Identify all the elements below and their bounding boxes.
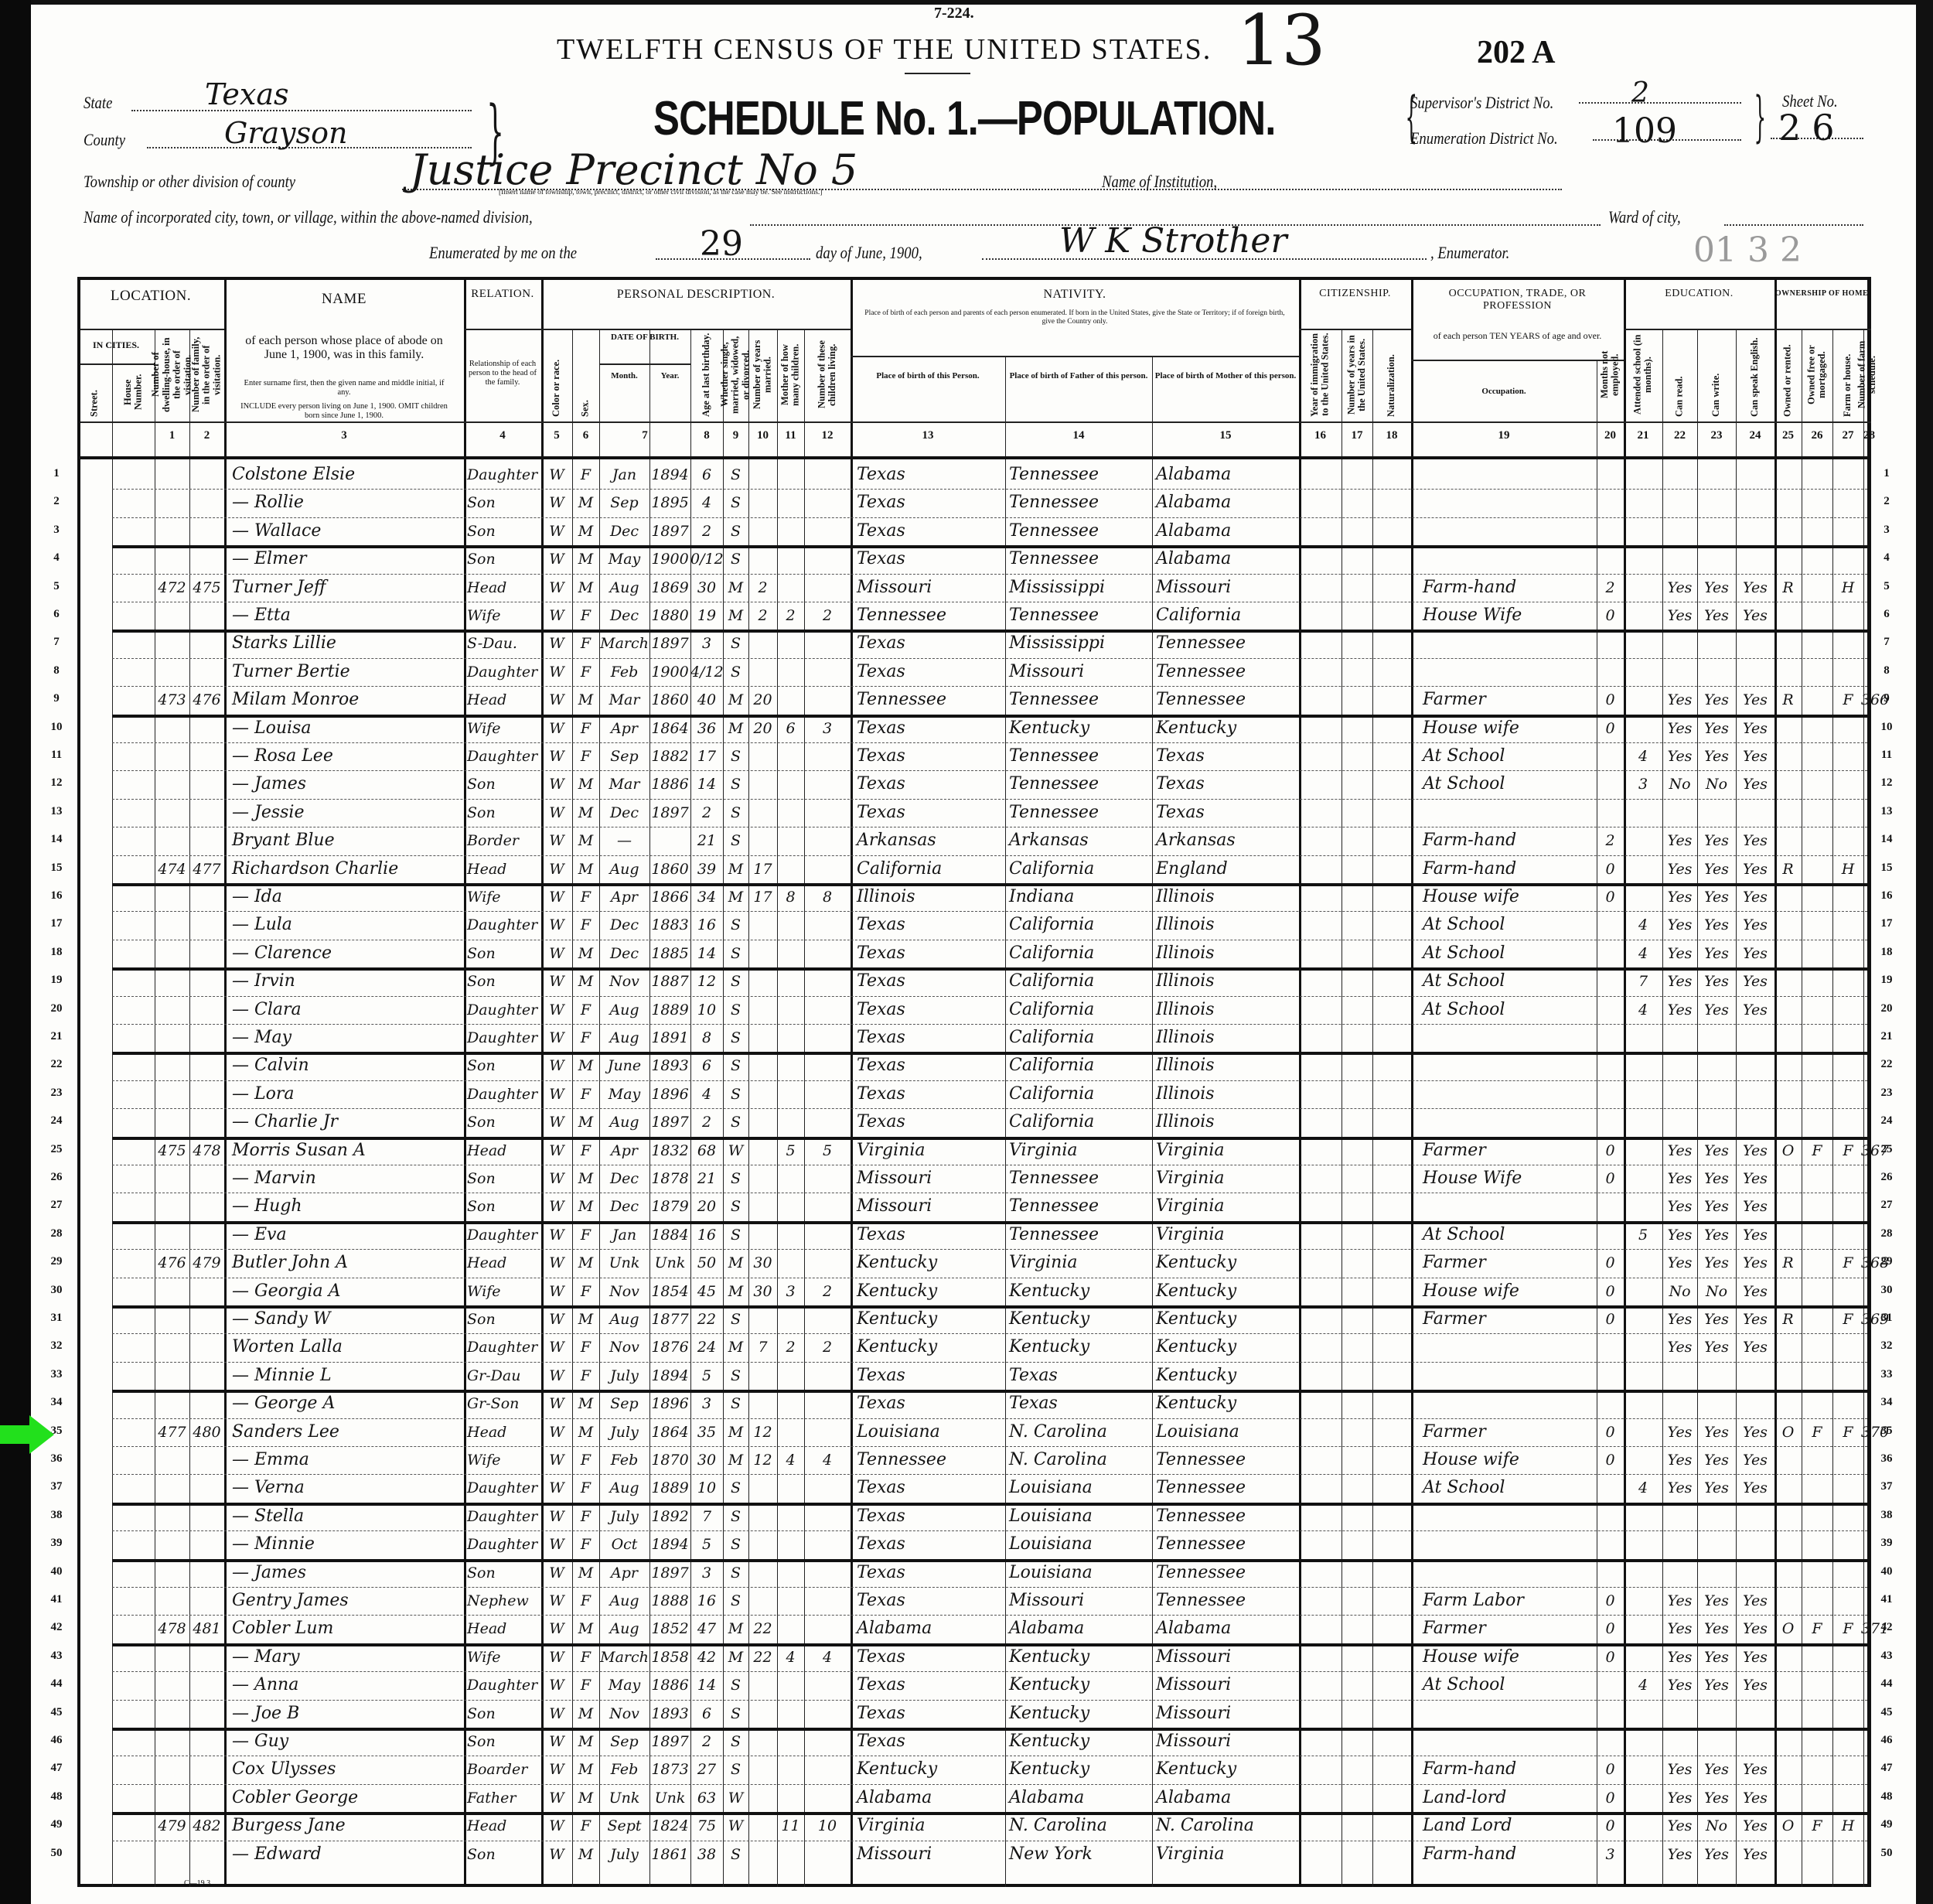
- row-number-left: 31: [45, 1312, 68, 1325]
- color-race: W: [541, 1390, 572, 1418]
- occupation: Farmer: [1423, 1615, 1597, 1643]
- form-number: 7-224.: [934, 5, 974, 22]
- can-read: Yes: [1662, 855, 1697, 883]
- row-number-left: 34: [45, 1396, 68, 1409]
- months-in-school: [1624, 1559, 1662, 1587]
- relation: Daughter: [467, 1474, 541, 1502]
- children-living: [804, 996, 851, 1024]
- farm-or-house: H: [1832, 855, 1863, 883]
- months-not-employed: [1597, 517, 1624, 545]
- years-married: [748, 1587, 777, 1615]
- birth-month: Dec: [599, 602, 649, 630]
- months-in-school: [1624, 1812, 1662, 1840]
- header-bottom-rule: [80, 456, 1871, 459]
- children-born: [777, 1108, 804, 1136]
- months-not-employed: 0: [1597, 686, 1624, 714]
- person-name: — Charlie Jr: [232, 1108, 464, 1136]
- farm-or-house: [1832, 1390, 1863, 1418]
- months-not-employed: [1597, 630, 1624, 657]
- column-label: Year of immigration to the United States…: [1301, 333, 1340, 417]
- years-married: [748, 1503, 777, 1530]
- children-born: 5: [777, 1137, 804, 1165]
- can-write: Yes: [1697, 1756, 1736, 1783]
- owned-or-rented: O: [1774, 1615, 1802, 1643]
- row-number-left: 49: [45, 1818, 68, 1831]
- farm-schedule-number: 369: [1860, 1305, 1890, 1333]
- row-number-left: 7: [45, 636, 68, 649]
- birthplace-mother: England: [1156, 855, 1299, 883]
- months-in-school: [1624, 1137, 1662, 1165]
- birth-month: Aug: [599, 855, 649, 883]
- birthplace-person: Kentucky: [857, 1305, 1005, 1333]
- birthplace-person: Arkansas: [857, 827, 1005, 855]
- can-write: Yes: [1697, 1643, 1736, 1671]
- row-number-left: 4: [45, 551, 68, 565]
- marital-status: S: [723, 940, 748, 967]
- person-name: — Elmer: [232, 545, 464, 573]
- column-label: Number of these children living.: [806, 333, 849, 417]
- can-write: [1697, 1052, 1736, 1080]
- marital-status: S: [723, 1052, 748, 1080]
- sex: F: [572, 1278, 599, 1305]
- sex: F: [572, 1446, 599, 1474]
- birth-year: 1887: [649, 967, 690, 995]
- person-name: Colstone Elsie: [232, 461, 464, 489]
- children-born: [777, 996, 804, 1024]
- birthplace-father: N. Carolina: [1009, 1812, 1152, 1840]
- birthplace-father: Tennessee: [1009, 742, 1152, 770]
- sex: F: [572, 602, 599, 630]
- dwelling-number: 476: [155, 1249, 189, 1277]
- birthplace-father: Kentucky: [1009, 1700, 1152, 1728]
- can-read: [1662, 1530, 1697, 1558]
- marital-status: M: [723, 715, 748, 742]
- owned-or-rented: O: [1774, 1137, 1802, 1165]
- row-number-left: 20: [45, 1002, 68, 1015]
- birthplace-father: Tennessee: [1009, 489, 1152, 517]
- can-write: [1697, 1362, 1736, 1390]
- birthplace-person: Kentucky: [857, 1278, 1005, 1305]
- years-married: [748, 1841, 777, 1868]
- children-born: [777, 1474, 804, 1502]
- age: 30: [690, 1446, 723, 1474]
- marital-status: S: [723, 1530, 748, 1558]
- birthplace-person: Texas: [857, 1530, 1005, 1558]
- can-read: Yes: [1662, 742, 1697, 770]
- birth-month: —: [599, 827, 649, 855]
- birth-year: 1896: [649, 1390, 690, 1418]
- relation: Son: [467, 1305, 541, 1333]
- children-born: [777, 630, 804, 657]
- birth-year: 1886: [649, 770, 690, 798]
- relation-heading: RELATION.: [464, 288, 541, 301]
- can-speak-english: [1736, 630, 1774, 657]
- age: 5: [690, 1530, 723, 1558]
- months-not-employed: 0: [1597, 855, 1624, 883]
- column-label: Place of birth of Mother of this person.: [1152, 371, 1299, 381]
- birthplace-father: Tennessee: [1009, 686, 1152, 714]
- can-speak-english: Yes: [1736, 1418, 1774, 1446]
- row-number-left: 19: [45, 974, 68, 987]
- color-race: W: [541, 461, 572, 489]
- years-married: [748, 1052, 777, 1080]
- occupation: At School: [1423, 996, 1597, 1024]
- column-number: 23: [1697, 429, 1736, 442]
- marital-status: S: [723, 996, 748, 1024]
- owned-or-rented: [1774, 799, 1802, 827]
- occupation: Land-lord: [1423, 1784, 1597, 1812]
- person-name: — Minnie L: [232, 1362, 464, 1390]
- row-number-left: 28: [45, 1227, 68, 1240]
- occupation: Farmer: [1423, 1305, 1597, 1333]
- months-in-school: [1624, 1390, 1662, 1418]
- nativity-description: Place of birth of each person and parent…: [858, 309, 1291, 326]
- color-race: W: [541, 1756, 572, 1783]
- can-write: Yes: [1697, 742, 1736, 770]
- farm-or-house: F: [1832, 1137, 1863, 1165]
- birth-month: Mar: [599, 770, 649, 798]
- education-heading: EDUCATION.: [1624, 288, 1774, 300]
- scan-edge-right: [1916, 0, 1933, 1904]
- person-name: — Jessie: [232, 799, 464, 827]
- months-in-school: [1624, 1700, 1662, 1728]
- can-read: Yes: [1662, 1193, 1697, 1220]
- relation: Son: [467, 940, 541, 967]
- children-born: [777, 1362, 804, 1390]
- sex: M: [572, 1559, 599, 1587]
- birth-year: 1864: [649, 1418, 690, 1446]
- birthplace-father: Alabama: [1009, 1615, 1152, 1643]
- can-speak-english: Yes: [1736, 1221, 1774, 1249]
- farm-schedule-number: [1860, 1728, 1890, 1756]
- family-number: 480: [189, 1418, 224, 1446]
- birthplace-mother: Tennessee: [1156, 1503, 1299, 1530]
- birth-month: July: [599, 1362, 649, 1390]
- birth-month: Nov: [599, 967, 649, 995]
- years-married: 2: [748, 574, 777, 602]
- months-in-school: 3: [1624, 770, 1662, 798]
- dwelling-number: [155, 770, 189, 798]
- birthplace-father: Virginia: [1009, 1137, 1152, 1165]
- birthplace-person: Missouri: [857, 1165, 1005, 1193]
- farm-or-house: [1832, 1756, 1863, 1783]
- sex: M: [572, 1052, 599, 1080]
- can-read: Yes: [1662, 1474, 1697, 1502]
- months-not-employed: 0: [1597, 1418, 1624, 1446]
- census-title: TWELFTH CENSUS OF THE UNITED STATES.: [557, 32, 1212, 67]
- can-speak-english: Yes: [1736, 1812, 1774, 1840]
- years-married: [748, 545, 777, 573]
- occupation: [1423, 1024, 1597, 1052]
- can-write: Yes: [1697, 1784, 1736, 1812]
- dwelling-number: [155, 461, 189, 489]
- birth-month: Dec: [599, 1193, 649, 1220]
- children-living: 2: [804, 1278, 851, 1305]
- months-not-employed: [1597, 1503, 1624, 1530]
- free-or-mortgaged: [1802, 770, 1832, 798]
- farm-or-house: [1832, 1278, 1863, 1305]
- birthplace-mother: Alabama: [1156, 517, 1299, 545]
- person-name: — Clarence: [232, 940, 464, 967]
- dwelling-number: [155, 715, 189, 742]
- enumerated-label: Enumerated by me on the: [429, 243, 577, 263]
- months-in-school: [1624, 1643, 1662, 1671]
- months-not-employed: 2: [1597, 574, 1624, 602]
- can-read: Yes: [1662, 1615, 1697, 1643]
- can-read: [1662, 1390, 1697, 1418]
- sex: M: [572, 1728, 599, 1756]
- children-born: [777, 1784, 804, 1812]
- can-write: Yes: [1697, 1418, 1736, 1446]
- owned-or-rented: [1774, 630, 1802, 657]
- can-write: Yes: [1697, 1137, 1736, 1165]
- marital-status: S: [723, 1503, 748, 1530]
- person-name: — Hugh: [232, 1193, 464, 1220]
- years-married: 17: [748, 883, 777, 911]
- free-or-mortgaged: [1802, 1587, 1832, 1615]
- birthplace-father: Kentucky: [1009, 1278, 1152, 1305]
- occupation: [1423, 1193, 1597, 1220]
- marital-status: S: [723, 461, 748, 489]
- children-living: [804, 489, 851, 517]
- birth-month: Aug: [599, 1108, 649, 1136]
- color-race: W: [541, 1812, 572, 1840]
- can-speak-english: Yes: [1736, 1841, 1774, 1868]
- months-not-employed: [1597, 1530, 1624, 1558]
- dwelling-number: [155, 1390, 189, 1418]
- occupation: [1423, 1362, 1597, 1390]
- birthplace-mother: Tennessee: [1156, 1559, 1299, 1587]
- dwelling-number: [155, 1080, 189, 1108]
- farm-or-house: [1832, 1080, 1863, 1108]
- relation: Head: [467, 1615, 541, 1643]
- children-living: [804, 545, 851, 573]
- free-or-mortgaged: [1802, 1446, 1832, 1474]
- family-number: [189, 715, 224, 742]
- can-write: Yes: [1697, 1587, 1736, 1615]
- dwelling-number: [155, 1841, 189, 1868]
- farm-schedule-number: [1860, 1193, 1890, 1220]
- children-living: 2: [804, 1333, 851, 1361]
- enumerator-label: , Enumerator.: [1430, 243, 1509, 263]
- free-or-mortgaged: [1802, 1559, 1832, 1587]
- birth-month: Aug: [599, 1474, 649, 1502]
- column-label: Color or race.: [543, 333, 571, 417]
- county-label: County: [84, 130, 125, 150]
- person-name: Cobler Lum: [232, 1615, 464, 1643]
- row-number-left: 42: [45, 1621, 68, 1634]
- birthplace-mother: Missouri: [1156, 1671, 1299, 1699]
- person-name: Butler John A: [232, 1249, 464, 1277]
- column-number: 10: [748, 429, 777, 442]
- birthplace-father: Tennessee: [1009, 602, 1152, 630]
- color-race: W: [541, 1503, 572, 1530]
- months-not-employed: [1597, 1671, 1624, 1699]
- can-speak-english: [1736, 545, 1774, 573]
- free-or-mortgaged: [1802, 1503, 1832, 1530]
- can-write: Yes: [1697, 1193, 1736, 1220]
- can-speak-english: Yes: [1736, 1587, 1774, 1615]
- row-number-left: 1: [45, 467, 68, 480]
- birthplace-person: Texas: [857, 658, 1005, 686]
- relation: Wife: [467, 1446, 541, 1474]
- owned-or-rented: [1774, 1080, 1802, 1108]
- person-name: — Verna: [232, 1474, 464, 1502]
- relation: Head: [467, 574, 541, 602]
- column-number: 5: [541, 429, 572, 442]
- birthplace-mother: Texas: [1156, 770, 1299, 798]
- children-living: [804, 940, 851, 967]
- children-born: [777, 1587, 804, 1615]
- dwelling-number: [155, 1108, 189, 1136]
- children-born: [777, 1503, 804, 1530]
- farm-or-house: [1832, 799, 1863, 827]
- sex: F: [572, 1474, 599, 1502]
- family-number: [189, 1024, 224, 1052]
- birth-year: 1897: [649, 630, 690, 657]
- color-race: W: [541, 545, 572, 573]
- birthplace-father: California: [1009, 1052, 1152, 1080]
- children-living: [804, 658, 851, 686]
- owned-or-rented: [1774, 461, 1802, 489]
- relation: Head: [467, 1812, 541, 1840]
- row-number-left: 23: [45, 1087, 68, 1100]
- sex: M: [572, 1615, 599, 1643]
- marital-status: S: [723, 967, 748, 995]
- age: 17: [690, 742, 723, 770]
- date-label: day of June, 1900,: [816, 243, 922, 263]
- birthplace-mother: Virginia: [1156, 1841, 1299, 1868]
- years-married: 12: [748, 1418, 777, 1446]
- age: 34: [690, 883, 723, 911]
- owned-or-rented: R: [1774, 574, 1802, 602]
- owned-or-rented: [1774, 1756, 1802, 1783]
- can-speak-english: Yes: [1736, 1137, 1774, 1165]
- children-born: [777, 1052, 804, 1080]
- birthplace-mother: Illinois: [1156, 1052, 1299, 1080]
- sex: F: [572, 742, 599, 770]
- age: 39: [690, 855, 723, 883]
- birth-year: 1858: [649, 1643, 690, 1671]
- birthplace-father: Mississippi: [1009, 574, 1152, 602]
- can-speak-english: [1736, 461, 1774, 489]
- birthplace-father: California: [1009, 855, 1152, 883]
- months-not-employed: [1597, 545, 1624, 573]
- dwelling-number: [155, 489, 189, 517]
- color-race: W: [541, 996, 572, 1024]
- birth-month: Feb: [599, 1756, 649, 1783]
- birthplace-father: Louisiana: [1009, 1474, 1152, 1502]
- birth-year: 1824: [649, 1812, 690, 1840]
- dwelling-number: 477: [155, 1418, 189, 1446]
- birth-year: 1900: [649, 545, 690, 573]
- relation: Daughter: [467, 1221, 541, 1249]
- months-in-school: 7: [1624, 967, 1662, 995]
- can-write: Yes: [1697, 602, 1736, 630]
- months-in-school: [1624, 1756, 1662, 1783]
- birth-year: 1892: [649, 1503, 690, 1530]
- children-living: [804, 1615, 851, 1643]
- dwelling-number: 474: [155, 855, 189, 883]
- children-living: [804, 1671, 851, 1699]
- row-number-left: 43: [45, 1650, 68, 1663]
- can-read: No: [1662, 770, 1697, 798]
- birth-year: 1894: [649, 1530, 690, 1558]
- occupation: House wife: [1423, 1278, 1597, 1305]
- months-not-employed: 0: [1597, 1615, 1624, 1643]
- birth-year: 1889: [649, 1474, 690, 1502]
- free-or-mortgaged: [1802, 1728, 1832, 1756]
- months-in-school: [1624, 1278, 1662, 1305]
- farm-schedule-number: [1860, 630, 1890, 657]
- can-read: [1662, 545, 1697, 573]
- person-name: — Mary: [232, 1643, 464, 1671]
- color-race: W: [541, 630, 572, 657]
- months-not-employed: 0: [1597, 883, 1624, 911]
- children-born: [777, 1390, 804, 1418]
- children-living: [804, 1165, 851, 1193]
- state-value: Texas: [205, 77, 288, 111]
- farm-schedule-number: [1860, 1587, 1890, 1615]
- column-label: Month.: [599, 371, 649, 381]
- dwelling-number: [155, 1221, 189, 1249]
- free-or-mortgaged: [1802, 574, 1832, 602]
- family-number: 477: [189, 855, 224, 883]
- age: 10: [690, 996, 723, 1024]
- owned-or-rented: [1774, 1841, 1802, 1868]
- age: 22: [690, 1305, 723, 1333]
- relation: Gr-Son: [467, 1390, 541, 1418]
- months-in-school: 4: [1624, 911, 1662, 939]
- can-write: Yes: [1697, 996, 1736, 1024]
- margin-pencil-note: 01 3 2: [1693, 230, 1802, 270]
- birth-year: 1885: [649, 940, 690, 967]
- can-write: Yes: [1697, 1446, 1736, 1474]
- can-read: Yes: [1662, 1841, 1697, 1868]
- supervisor-line: [1579, 102, 1741, 104]
- occupation: [1423, 1559, 1597, 1587]
- occupation: At School: [1423, 770, 1597, 798]
- children-living: [804, 827, 851, 855]
- birthplace-mother: Illinois: [1156, 1080, 1299, 1108]
- column-label: Number of family, in the order of visita…: [191, 333, 223, 417]
- free-or-mortgaged: [1802, 1362, 1832, 1390]
- can-speak-english: Yes: [1736, 1784, 1774, 1812]
- birthplace-mother: Tennessee: [1156, 1530, 1299, 1558]
- birthplace-mother: Kentucky: [1156, 1362, 1299, 1390]
- column-label: Age at last birthday.: [692, 333, 721, 417]
- can-write: [1697, 1390, 1736, 1418]
- birthplace-father: New York: [1009, 1841, 1152, 1868]
- months-not-employed: [1597, 1221, 1624, 1249]
- can-write: No: [1697, 770, 1736, 798]
- farm-or-house: [1832, 715, 1863, 742]
- dwelling-number: [155, 1446, 189, 1474]
- owned-or-rented: [1774, 911, 1802, 939]
- color-race: W: [541, 967, 572, 995]
- dwelling-number: [155, 1700, 189, 1728]
- free-or-mortgaged: [1802, 1221, 1832, 1249]
- marital-status: M: [723, 855, 748, 883]
- farm-schedule-number: [1860, 1559, 1890, 1587]
- months-not-employed: [1597, 799, 1624, 827]
- state-label: State: [84, 93, 112, 113]
- birthplace-mother: Tennessee: [1156, 630, 1299, 657]
- owned-or-rented: [1774, 1165, 1802, 1193]
- birthplace-mother: Alabama: [1156, 461, 1299, 489]
- marital-status: S: [723, 489, 748, 517]
- sex: F: [572, 658, 599, 686]
